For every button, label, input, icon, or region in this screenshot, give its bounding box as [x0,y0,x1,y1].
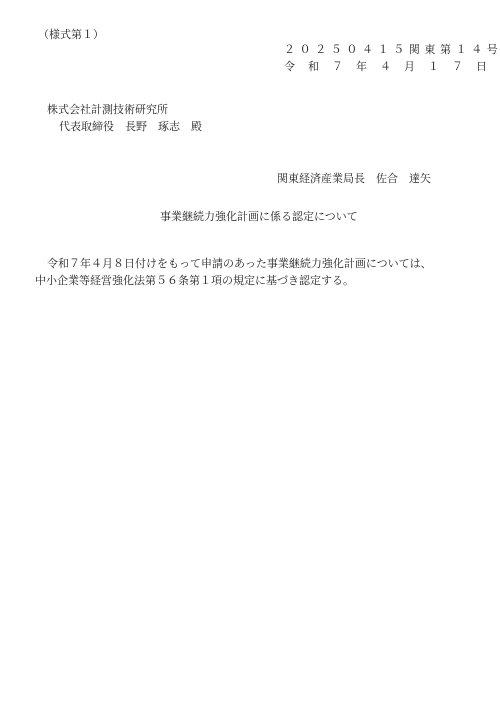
date-year: ７ [332,60,356,74]
sender: 関東経済産業局長 佐合 達矢 [277,172,431,186]
document-date: 令和７年４月１７日 [284,60,490,74]
date-day-unit: 日 [476,60,490,74]
recipient-person: 代表取締役 長野 琢志 殿 [59,120,202,134]
date-era-2: 和 [308,60,332,74]
body-text-line: 中小企業等経営強化法第５６条第１項の規定に基づき認定する。 [35,274,354,288]
date-era-1: 令 [284,60,308,74]
body-text-line: 令和７年４月８日付けをもって申請のあった事業継続力強化計画については、 [47,257,432,271]
subject-title: 事業継続力強化計画に係る認定について [160,210,358,224]
date-month-unit: 月 [404,60,428,74]
document-number: ２０２５０４１５関東第１４号 [284,43,500,57]
date-year-unit: 年 [356,60,380,74]
date-month: ４ [380,60,404,74]
date-day-2: ７ [452,60,476,74]
recipient-company: 株式会社計測技術研究所 [47,103,168,117]
form-label: （様式第１） [38,28,104,42]
date-day-1: １ [428,60,452,74]
